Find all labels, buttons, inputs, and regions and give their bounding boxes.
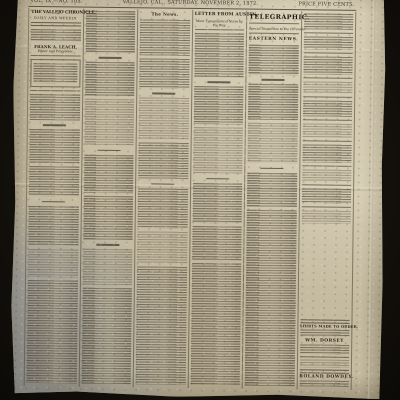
text-block [192, 225, 242, 260]
rule-divider [31, 55, 81, 57]
text-block [137, 231, 187, 264]
text-block [302, 144, 352, 163]
text-block [85, 10, 135, 53]
subhead-line [43, 124, 66, 126]
double-rule-divider [299, 369, 349, 374]
double-rule-divider [300, 319, 350, 324]
rule-divider [301, 206, 351, 208]
text-block [27, 279, 78, 383]
text-block [247, 172, 297, 207]
text-block [247, 123, 297, 164]
text-block [29, 129, 79, 164]
text-block [302, 100, 352, 117]
column-1: THE VALLEJO CHRONICLE. DAILY AND WEEKLY.… [24, 7, 84, 386]
text-block [139, 58, 189, 89]
subhead-line [42, 201, 65, 203]
double-rule-divider [31, 22, 81, 27]
rule-divider [302, 140, 352, 142]
page-content: VOL. IX.—NO. 108. VALLEJO, CAL., SATURDA… [24, 0, 357, 390]
dateline-text: VALLEJO, CAL., SATURDAY, NOVEMBER 2, 187… [123, 0, 259, 6]
subhead-line [151, 183, 174, 185]
text-block [303, 56, 353, 75]
text-block [82, 249, 132, 286]
publisher-title: Editor and Proprietor. [31, 48, 81, 53]
subhead-line [153, 92, 176, 94]
ad-shirts-title: SHIRTS MADE TO ORDER. [300, 324, 350, 329]
text-block [299, 380, 349, 387]
text-block [300, 344, 350, 355]
subhead-line [207, 81, 230, 83]
subhead-line [262, 79, 285, 81]
rule-divider [249, 33, 299, 35]
text-block [301, 210, 351, 224]
text-block [303, 36, 353, 50]
photo-background: VOL. IX.—NO. 108. VALLEJO, CAL., SATURDA… [0, 0, 400, 400]
column-4: LETTER FROM AUSTIN. More Typographical N… [188, 9, 247, 388]
text-block [28, 248, 78, 277]
text-block [301, 188, 351, 204]
subhead-line [96, 244, 119, 246]
text-block [33, 62, 78, 83]
rule-divider [302, 184, 352, 186]
section-header-news: The News. [140, 11, 190, 17]
text-block [81, 288, 132, 385]
text-block [28, 205, 78, 246]
subhead-line [97, 149, 120, 151]
rule-divider [303, 52, 353, 54]
volume-number: VOL. IX.—NO. 108. [30, 0, 82, 4]
subhead-line [99, 57, 122, 59]
rule-divider [300, 356, 350, 358]
text-block [248, 44, 298, 75]
column-5: TELEGRAPHIC. Special Dispatches to the C… [243, 10, 302, 389]
subhead-line [206, 178, 229, 180]
price-text: PRICE FIVE CENTS. [298, 1, 354, 8]
rule-divider [249, 23, 299, 25]
newspaper-page: VOL. IX.—NO. 108. VALLEJO, CAL., SATURDA… [10, 0, 387, 399]
text-block [138, 188, 188, 229]
section-subhead-letter: More Typographical Notes by the Way. [195, 18, 245, 27]
text-block [83, 195, 133, 240]
text-block [300, 329, 350, 337]
advertisement-section: SHIRTS MADE TO ORDER. WM. DORSEY ROLAND … [299, 317, 349, 389]
ad-tailor-name: WM. DORSEY [300, 338, 350, 344]
fold-crease-vertical [367, 0, 376, 399]
nameplate-subtitle: DAILY AND WEEKLY. [31, 15, 81, 20]
text-block [193, 86, 243, 125]
column-3: The News. [134, 9, 193, 388]
text-block [193, 127, 243, 174]
rule-divider [302, 165, 352, 167]
text-block [192, 182, 242, 223]
text-block [31, 28, 81, 41]
text-block [30, 93, 80, 120]
text-block [138, 142, 188, 179]
rule-divider [302, 119, 352, 121]
section-header-telegraphic: TELEGRAPHIC. [249, 12, 299, 21]
text-block [302, 123, 352, 138]
rule-divider [30, 90, 80, 92]
text-block [85, 62, 135, 97]
rule-divider [195, 29, 245, 31]
column-grid: THE VALLEJO CHRONICLE. DAILY AND WEEKLY.… [24, 7, 357, 389]
rule-divider [303, 96, 353, 98]
ad-brewery-name: ROLAND DOWDEY. [299, 374, 349, 380]
text-block [245, 209, 297, 386]
text-block [29, 166, 79, 197]
text-block [139, 97, 189, 140]
nameplate-title: THE VALLEJO CHRONICLE. [31, 9, 81, 15]
text-block [190, 262, 241, 385]
text-block [84, 154, 134, 193]
section-subhead-telegraphic: Special Dispatches to the Chronicle. [249, 26, 299, 31]
subhead-line [261, 167, 284, 169]
text-block [194, 32, 244, 77]
text-block [84, 99, 134, 146]
text-block [299, 359, 349, 368]
section-header-letter: LETTER FROM AUSTIN. [195, 11, 245, 17]
column-2 [79, 8, 138, 387]
text-block [302, 169, 352, 182]
column-6: SHIRTS MADE TO ORDER. WM. DORSEY ROLAND … [297, 11, 356, 390]
rule-divider [303, 77, 353, 79]
text-block [248, 84, 298, 121]
section-header-eastern-news: EASTERN NEWS. [249, 37, 299, 43]
text-block [140, 19, 190, 56]
text-block [303, 81, 353, 94]
subscription-rates-box [30, 59, 80, 88]
text-block [304, 13, 354, 30]
rule-divider [303, 32, 353, 34]
text-block [136, 266, 187, 385]
